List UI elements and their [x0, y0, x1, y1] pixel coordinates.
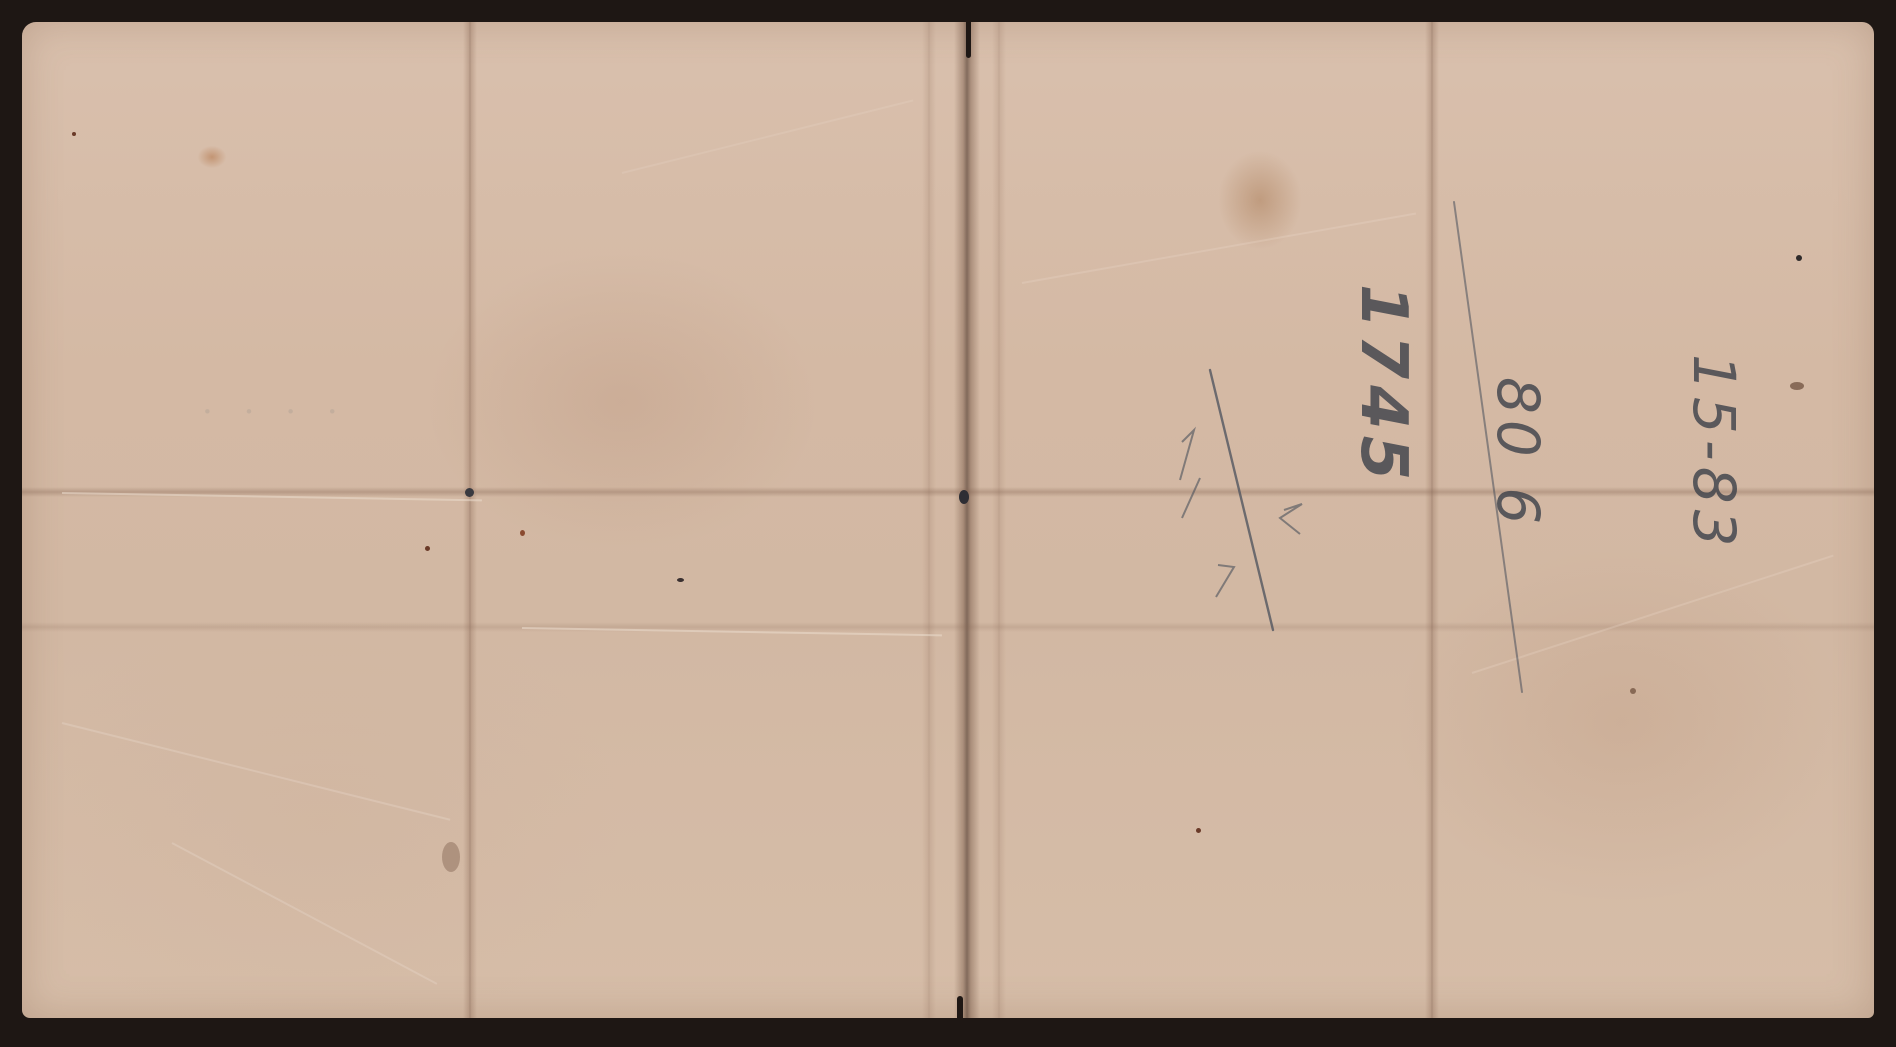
pencil-markings — [22, 22, 1874, 1018]
dirt-spot — [677, 578, 684, 582]
dirt-spot — [1796, 255, 1802, 261]
dirt-spot — [1196, 828, 1201, 833]
dirt-spot — [465, 488, 474, 497]
vertical-fold-right — [1425, 22, 1439, 1018]
vertical-fold-left — [463, 22, 477, 1018]
vertical-fold-center — [954, 22, 980, 1018]
dirt-spot — [72, 132, 76, 136]
vertical-fold-secondary-2 — [992, 22, 1006, 1018]
dirt-spot — [959, 490, 969, 504]
dirt-spot — [1630, 688, 1636, 694]
aged-paper-note: · · · · 1745 80 6 15-83 — [22, 22, 1874, 1018]
crease-line — [1022, 213, 1416, 284]
dirt-spot — [425, 546, 430, 551]
vertical-fold-secondary — [922, 22, 936, 1018]
faint-bleed-through-print: · · · · — [202, 392, 348, 432]
stain-spot — [442, 842, 460, 872]
paper-tear-top — [966, 22, 971, 58]
paper-tear-bottom — [957, 996, 963, 1018]
dirt-spot — [520, 530, 525, 536]
pencil-number-column-3: 15-83 — [1680, 354, 1748, 553]
crease-line — [622, 99, 914, 174]
pencil-number-column-1: 1745 — [1346, 284, 1420, 486]
crease-line — [1472, 555, 1834, 674]
crease-line — [62, 722, 451, 821]
crease-line — [172, 842, 438, 985]
photo-scene: · · · · 1745 80 6 15-83 — [0, 0, 1896, 1047]
dirt-spot — [1790, 382, 1804, 390]
pencil-number-column-2: 80 6 — [1484, 377, 1552, 530]
